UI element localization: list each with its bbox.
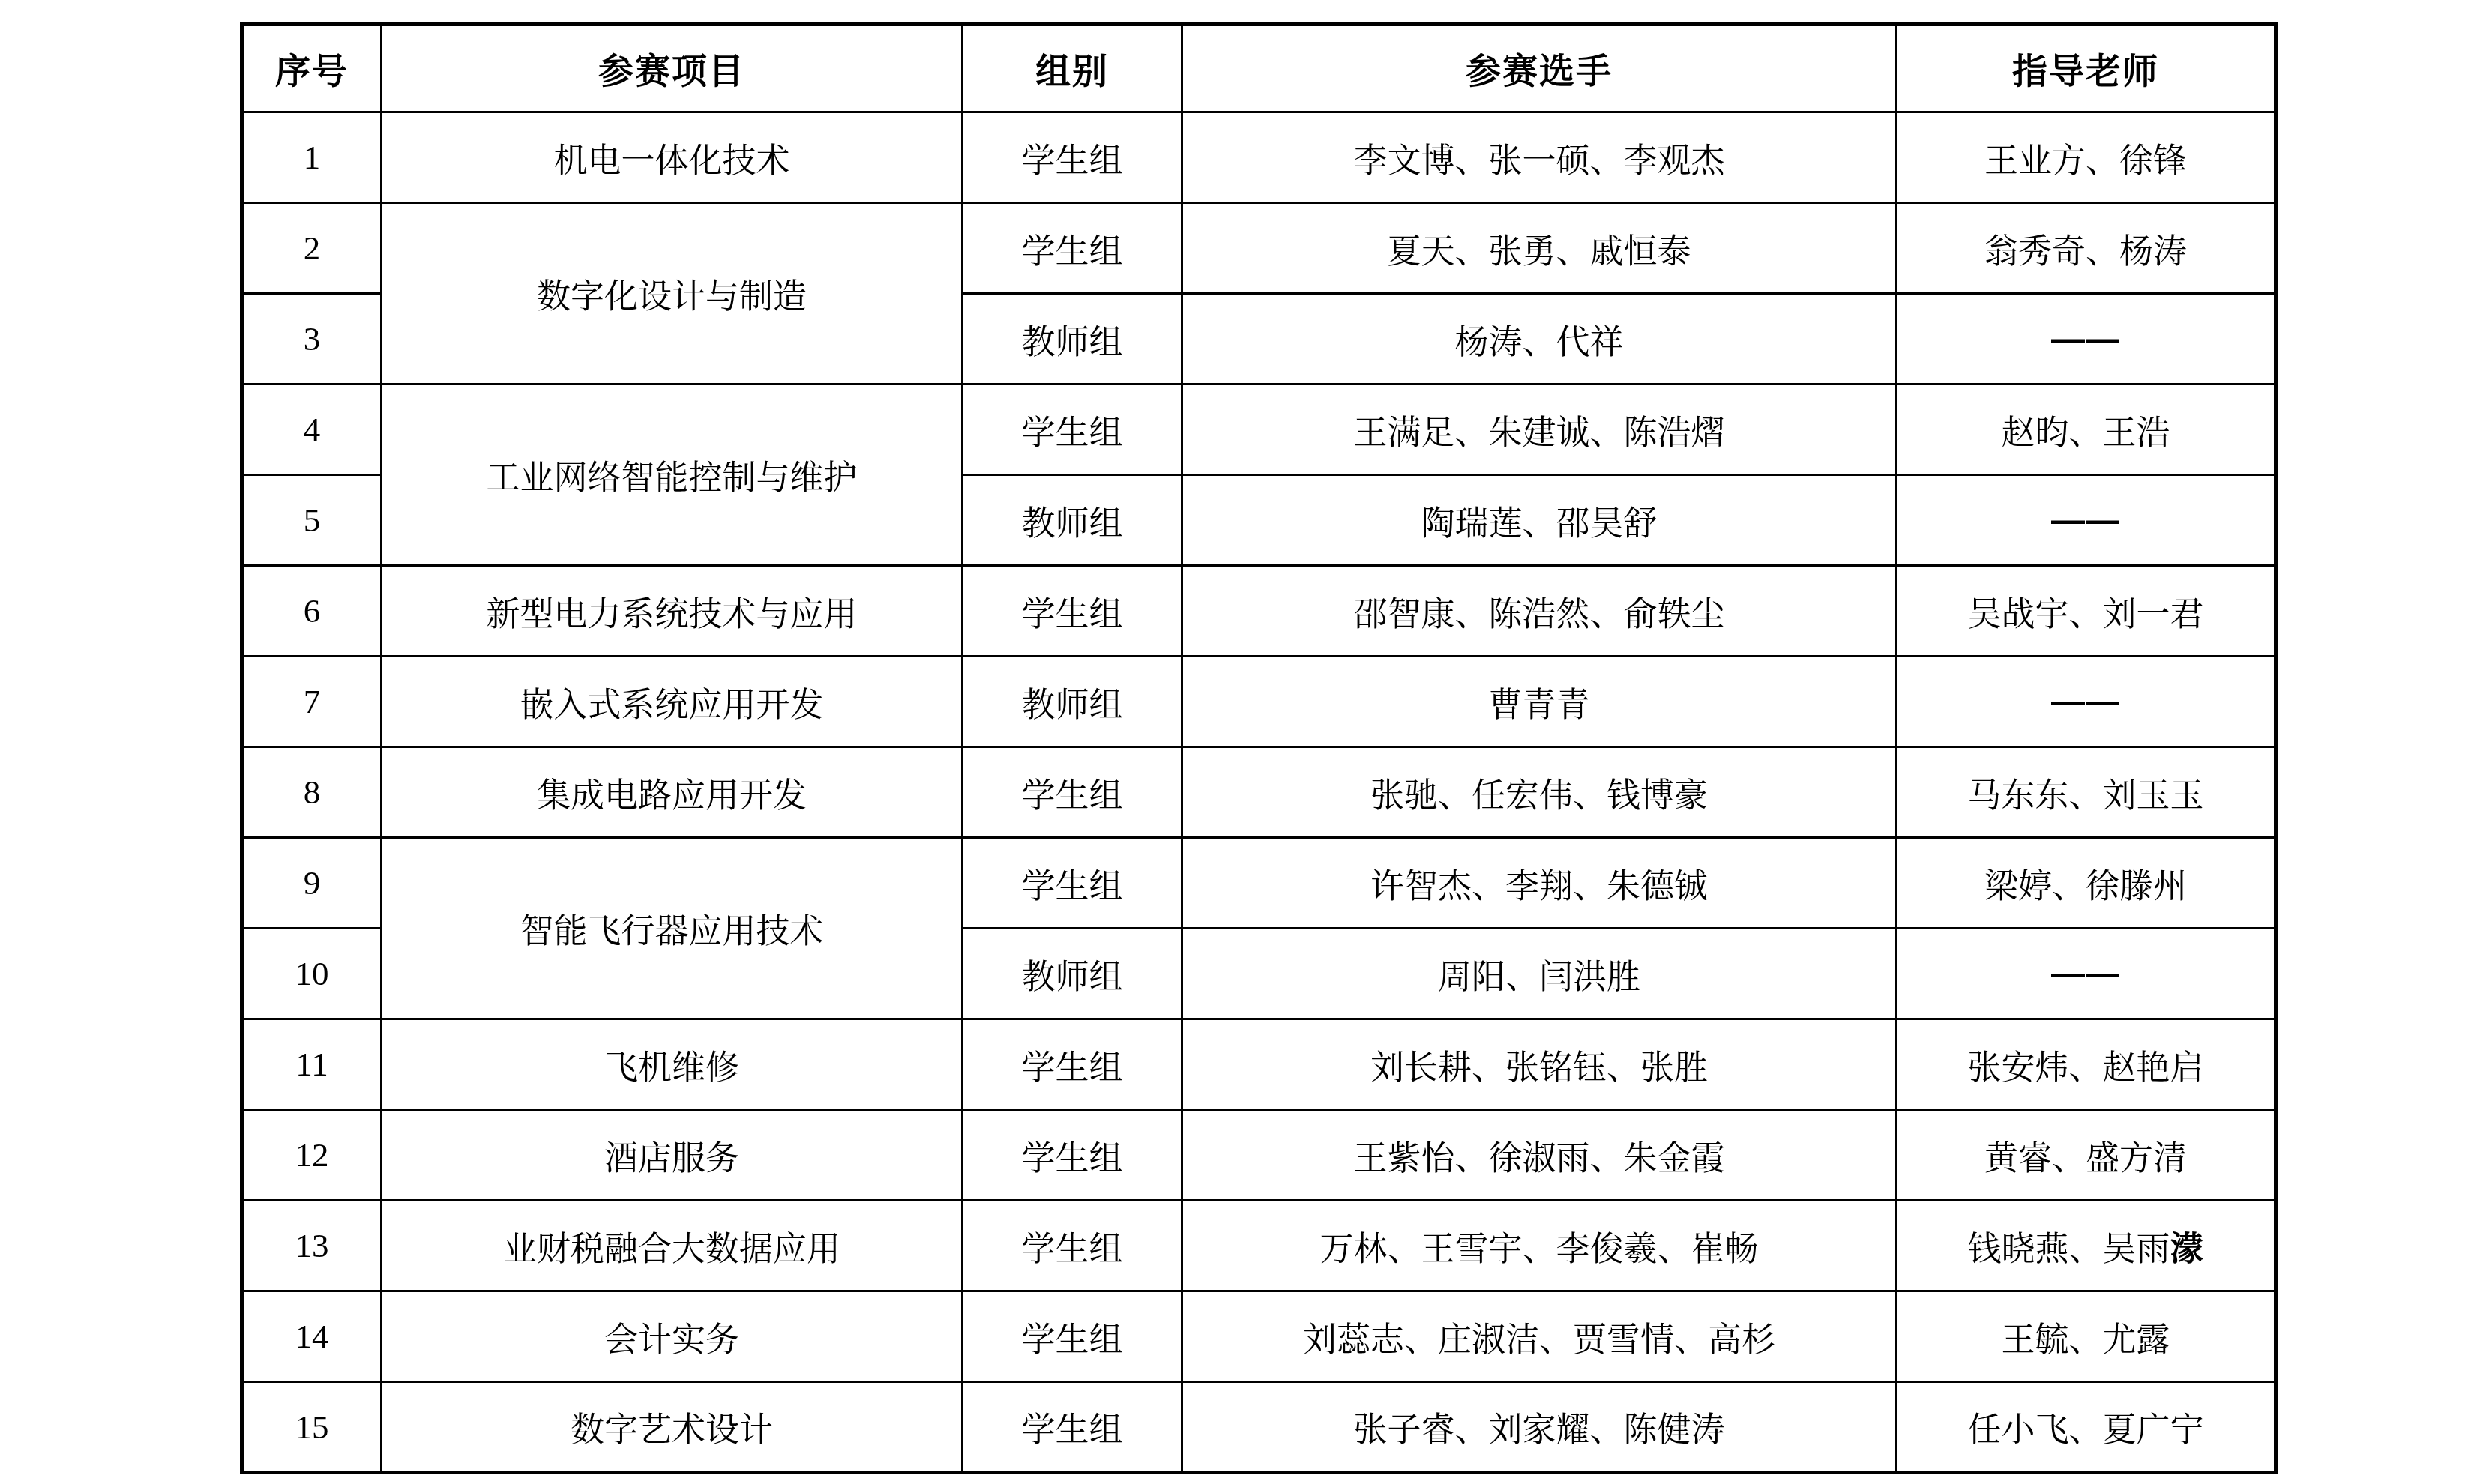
contestants-cell: 杨涛、代祥 [1182, 294, 1897, 384]
contestants-cell: 张子睿、刘家耀、陈健涛 [1182, 1382, 1897, 1473]
teachers-cell: 任小飞、夏广宁 [1897, 1382, 2276, 1473]
group-cell: 学生组 [963, 1019, 1182, 1110]
project-cell: 工业网络智能控制与维护 [382, 384, 963, 566]
seq-cell: 9 [242, 838, 382, 929]
col-header-teachers: 指导老师 [1897, 25, 2276, 112]
teachers-text: 吴战宇、刘一君 [1967, 596, 2203, 633]
table-row: 2数字化设计与制造学生组夏天、张勇、戚恒泰翁秀奇、杨涛 [242, 203, 2276, 294]
teachers-cell: —— [1897, 294, 2276, 384]
project-cell: 业财税融合大数据应用 [382, 1201, 963, 1291]
project-cell: 会计实务 [382, 1291, 963, 1382]
col-header-project: 参赛项目 [382, 25, 963, 112]
contestants-cell: 刘长耕、张铭钰、张胜 [1182, 1019, 1897, 1110]
project-cell: 数字艺术设计 [382, 1382, 963, 1473]
teachers-text: —— [2051, 501, 2120, 539]
teachers-text: 钱晓燕、吴雨 [1967, 1231, 2170, 1268]
group-cell: 教师组 [963, 475, 1182, 566]
project-cell: 机电一体化技术 [382, 112, 963, 203]
seq-cell: 1 [242, 112, 382, 203]
teachers-text: 黄睿、盛方清 [1984, 1140, 2187, 1177]
group-cell: 教师组 [963, 929, 1182, 1019]
table-row: 12酒店服务学生组王紫怡、徐淑雨、朱金霞黄睿、盛方清 [242, 1110, 2276, 1201]
seq-cell: 15 [242, 1382, 382, 1473]
table-row: 8集成电路应用开发学生组张驰、任宏伟、钱博豪马东东、刘玉玉 [242, 747, 2276, 838]
seq-cell: 13 [242, 1201, 382, 1291]
seq-cell: 4 [242, 384, 382, 475]
group-cell: 学生组 [963, 566, 1182, 657]
group-cell: 学生组 [963, 203, 1182, 294]
table-row: 6新型电力系统技术与应用学生组邵智康、陈浩然、俞轶尘吴战宇、刘一君 [242, 566, 2276, 657]
project-cell: 酒店服务 [382, 1110, 963, 1201]
table-row: 9智能飞行器应用技术学生组许智杰、李翔、朱德铖梁婷、徐滕州 [242, 838, 2276, 929]
group-cell: 学生组 [963, 747, 1182, 838]
seq-cell: 5 [242, 475, 382, 566]
project-cell: 集成电路应用开发 [382, 747, 963, 838]
teachers-text: —— [2051, 319, 2120, 358]
teachers-cell: 王毓、尤露 [1897, 1291, 2276, 1382]
teachers-cell: 梁婷、徐滕州 [1897, 838, 2276, 929]
project-cell: 飞机维修 [382, 1019, 963, 1110]
group-cell: 学生组 [963, 384, 1182, 475]
teachers-cell: 赵昀、王浩 [1897, 384, 2276, 475]
teachers-text: 翁秀奇、杨涛 [1984, 233, 2187, 271]
teachers-text: 张安炜、赵艳启 [1967, 1049, 2203, 1087]
seq-cell: 8 [242, 747, 382, 838]
table-row: 1机电一体化技术学生组李文博、张一硕、李观杰王业方、徐锋 [242, 112, 2276, 203]
project-cell: 嵌入式系统应用开发 [382, 657, 963, 747]
seq-cell: 7 [242, 657, 382, 747]
col-header-seq: 序号 [242, 25, 382, 112]
contestants-cell: 刘蕊志、庄淑洁、贾雪情、高杉 [1182, 1291, 1897, 1382]
seq-cell: 6 [242, 566, 382, 657]
contestants-cell: 陶瑞莲、邵昊舒 [1182, 475, 1897, 566]
teachers-text: 赵昀、王浩 [2001, 414, 2170, 452]
teachers-cell: 翁秀奇、杨涛 [1897, 203, 2276, 294]
contestants-cell: 曹青青 [1182, 657, 1897, 747]
seq-cell: 14 [242, 1291, 382, 1382]
table-row: 15数字艺术设计学生组张子睿、刘家耀、陈健涛任小飞、夏广宁 [242, 1382, 2276, 1473]
group-cell: 学生组 [963, 1291, 1182, 1382]
group-cell: 学生组 [963, 1110, 1182, 1201]
teachers-cell: —— [1897, 929, 2276, 1019]
document-page: 序号 参赛项目 组别 参赛选手 指导老师 1机电一体化技术学生组李文博、张一硕、… [0, 0, 2474, 1484]
table-row: 11飞机维修学生组刘长耕、张铭钰、张胜张安炜、赵艳启 [242, 1019, 2276, 1110]
seq-cell: 11 [242, 1019, 382, 1110]
teachers-text-bold-glyph: 濛 [2170, 1230, 2204, 1268]
table-row: 13业财税融合大数据应用学生组万林、王雪宇、李俊羲、崔畅钱晓燕、吴雨濛 [242, 1201, 2276, 1291]
contestants-cell: 王满足、朱建诚、陈浩熠 [1182, 384, 1897, 475]
table-row: 7嵌入式系统应用开发教师组曹青青—— [242, 657, 2276, 747]
project-cell: 新型电力系统技术与应用 [382, 566, 963, 657]
teachers-text: 梁婷、徐滕州 [1984, 868, 2187, 905]
group-cell: 教师组 [963, 657, 1182, 747]
group-cell: 学生组 [963, 1382, 1182, 1473]
teachers-cell: —— [1897, 657, 2276, 747]
teachers-text: 王毓、尤露 [2001, 1321, 2170, 1359]
contestants-cell: 夏天、张勇、戚恒泰 [1182, 203, 1897, 294]
contestants-cell: 王紫怡、徐淑雨、朱金霞 [1182, 1110, 1897, 1201]
teachers-text: —— [2051, 682, 2120, 720]
group-cell: 教师组 [963, 294, 1182, 384]
project-cell: 数字化设计与制造 [382, 203, 963, 384]
teachers-cell: 王业方、徐锋 [1897, 112, 2276, 203]
col-header-contestants: 参赛选手 [1182, 25, 1897, 112]
contestants-cell: 周阳、闫洪胜 [1182, 929, 1897, 1019]
teachers-text: —— [2051, 954, 2120, 992]
teachers-cell: 张安炜、赵艳启 [1897, 1019, 2276, 1110]
seq-cell: 10 [242, 929, 382, 1019]
teachers-text: 马东东、刘玉玉 [1967, 777, 2203, 815]
seq-cell: 3 [242, 294, 382, 384]
project-cell: 智能飞行器应用技术 [382, 838, 963, 1019]
teachers-text: 任小飞、夏广宁 [1967, 1411, 2203, 1449]
contestants-cell: 李文博、张一硕、李观杰 [1182, 112, 1897, 203]
teachers-text: 王业方、徐锋 [1984, 142, 2187, 180]
header-row: 序号 参赛项目 组别 参赛选手 指导老师 [242, 25, 2276, 112]
teachers-cell: 钱晓燕、吴雨濛 [1897, 1201, 2276, 1291]
competition-table: 序号 参赛项目 组别 参赛选手 指导老师 1机电一体化技术学生组李文博、张一硕、… [240, 22, 2278, 1474]
table-row: 4工业网络智能控制与维护学生组王满足、朱建诚、陈浩熠赵昀、王浩 [242, 384, 2276, 475]
group-cell: 学生组 [963, 1201, 1182, 1291]
group-cell: 学生组 [963, 112, 1182, 203]
group-cell: 学生组 [963, 838, 1182, 929]
contestants-cell: 邵智康、陈浩然、俞轶尘 [1182, 566, 1897, 657]
table-row: 14会计实务学生组刘蕊志、庄淑洁、贾雪情、高杉王毓、尤露 [242, 1291, 2276, 1382]
seq-cell: 12 [242, 1110, 382, 1201]
contestants-cell: 万林、王雪宇、李俊羲、崔畅 [1182, 1201, 1897, 1291]
teachers-cell: —— [1897, 475, 2276, 566]
contestants-cell: 许智杰、李翔、朱德铖 [1182, 838, 1897, 929]
teachers-cell: 黄睿、盛方清 [1897, 1110, 2276, 1201]
contestants-cell: 张驰、任宏伟、钱博豪 [1182, 747, 1897, 838]
col-header-group: 组别 [963, 25, 1182, 112]
teachers-cell: 马东东、刘玉玉 [1897, 747, 2276, 838]
seq-cell: 2 [242, 203, 382, 294]
teachers-cell: 吴战宇、刘一君 [1897, 566, 2276, 657]
